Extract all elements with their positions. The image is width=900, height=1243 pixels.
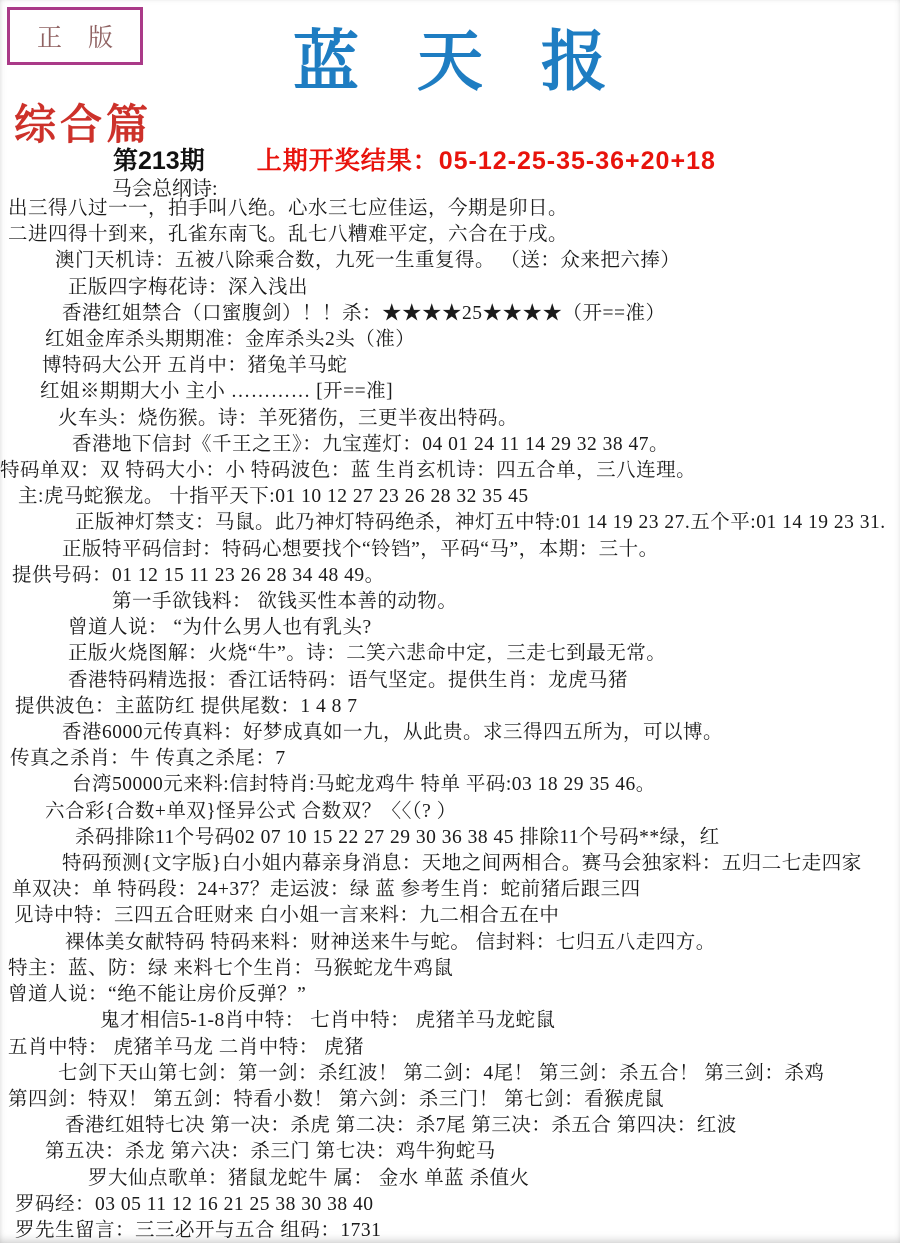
text-line: 主:虎马蛇猴龙。 十指平天下:01 10 12 27 23 26 28 32 3…: [0, 484, 900, 510]
text-line: 出三得八过一一，拍手叫八绝。心水三七应佳运，今期是卯日。: [0, 196, 900, 222]
last-draw-result: 上期开奖结果：05-12-25-35-36+20+18: [257, 141, 716, 177]
text-line: 澳门天机诗：五被八除乘合数，九死一生重复得。 （送：众来把六捧）: [0, 248, 900, 274]
text-line: 七剑下天山第七剑：第一剑：杀红波！ 第二剑：4尾！ 第三剑：杀五合！ 第三剑：杀…: [0, 1061, 900, 1087]
text-line: 裸体美女献特码 特码来料：财神送来牛与蛇。 信封料：七归五八走四方。: [0, 930, 900, 956]
text-line: 六合彩{合数+单双}怪异公式 合数双？〈〈（? ）: [0, 799, 900, 825]
text-line: 博特码大公开 五肖中：猪兔羊马蛇: [0, 353, 900, 379]
text-line: 单双决：单 特码段：24+37？走运波：绿 蓝 参考生肖：蛇前猪后跟三四: [0, 877, 900, 903]
text-line: 香港红姐特七决 第一决：杀虎 第二决：杀7尾 第三决：杀五合 第四决：红波: [0, 1113, 900, 1139]
text-line: 罗先生留言：三三必开与五合 组码：1731: [0, 1218, 900, 1243]
text-line: 正版神灯禁支：马鼠。此乃神灯特码绝杀，神灯五中特:01 14 19 23 27.…: [0, 510, 900, 536]
text-line: 五肖中特： 虎猪羊马龙 二肖中特： 虎猪: [0, 1035, 900, 1061]
text-line: 罗大仙点歌单：猪鼠龙蛇牛 属： 金水 单蓝 杀值火: [0, 1166, 900, 1192]
text-line: 传真之杀肖：牛 传真之杀尾：7: [0, 746, 900, 772]
text-line: 香港地下信封《千王之王》：九宝莲灯：04 01 24 11 14 29 32 3…: [0, 432, 900, 458]
text-line: 特码单双：双 特码大小：小 特码波色：蓝 生肖玄机诗：四五合单，三八连理。: [0, 458, 900, 484]
text-line: 第五决：杀龙 第六决：杀三门 第七决：鸡牛狗蛇马: [0, 1139, 900, 1165]
text-line: 见诗中特：三四五合旺财来 白小姐一言来料：九二相合五在中: [0, 903, 900, 929]
text-line: 曾道人说：“绝不能让房价反弹？”: [0, 982, 900, 1008]
text-line: 提供号码：01 12 15 11 23 26 28 34 48 49。: [0, 563, 900, 589]
text-line: 香港红姐禁合（口蜜腹剑）！！杀：★★★★25★★★★（开==准）: [0, 301, 900, 327]
text-line: 曾道人说： “为什么男人也有乳头?: [0, 615, 900, 641]
text-line: 特主：蓝、防：绿 来料七个生肖：马猴蛇龙牛鸡鼠: [0, 956, 900, 982]
text-line: 杀码排除11个号码02 07 10 15 22 27 29 30 36 38 4…: [0, 825, 900, 851]
text-line: 提供波色：主蓝防红 提供尾数：1 4 8 7: [0, 694, 900, 720]
text-line: 台湾50000元来料:信封特肖:马蛇龙鸡牛 特单 平码:03 18 29 35 …: [0, 772, 900, 798]
text-line: 红姐※期期大小 主小 ………… [开==准]: [0, 379, 900, 405]
text-line: 第四剑：特双！ 第五剑：特看小数！ 第六剑：杀三门！ 第七剑：看猴虎鼠: [0, 1087, 900, 1113]
text-line: 正版火烧图解：火烧“牛”。诗：二笑六悲命中定，三走七到最无常。: [0, 641, 900, 667]
text-line: 二进四得十到来，孔雀东南飞。乱七八糟难平定，六合在于戌。: [0, 222, 900, 248]
newspaper-page: 正版 蓝天报 综合篇 第213期 上期开奖结果：05-12-25-35-36+2…: [0, 0, 900, 1243]
text-line: 特码预测{文字版}白小姐内幕亲身消息：天地之间两相合。赛马会独家料：五归二七走四…: [0, 851, 900, 877]
text-line: 火车头：烧伤猴。诗：羊死猪伤，三更半夜出特码。: [0, 406, 900, 432]
text-line: 鬼才相信5-1-8肖中特： 七肖中特： 虎猪羊马龙蛇鼠: [0, 1008, 900, 1034]
paper-title: 蓝天报: [0, 8, 900, 103]
text-line: 第一手欲钱料： 欲钱买性本善的动物。: [0, 589, 900, 615]
text-line: 正版四字梅花诗：深入浅出: [0, 275, 900, 301]
text-line: 正版特平码信封：特码心想要找个“铃铛”，平码“马”，本期：三十。: [0, 537, 900, 563]
text-line: 罗码经：03 05 11 12 16 21 25 38 30 38 40: [0, 1192, 900, 1218]
body-lines: 出三得八过一一，拍手叫八绝。心水三七应佳运，今期是卯日。二进四得十到来，孔雀东南…: [0, 196, 900, 1243]
text-line: 香港6000元传真料：好梦成真如一九，从此贵。求三得四五所为，可以博。: [0, 720, 900, 746]
text-line: 红姐金库杀头期期准：金库杀头2头（准）: [0, 327, 900, 353]
text-line: 香港特码精选报：香江话特码：语气坚定。提供生肖：龙虎马猪: [0, 668, 900, 694]
